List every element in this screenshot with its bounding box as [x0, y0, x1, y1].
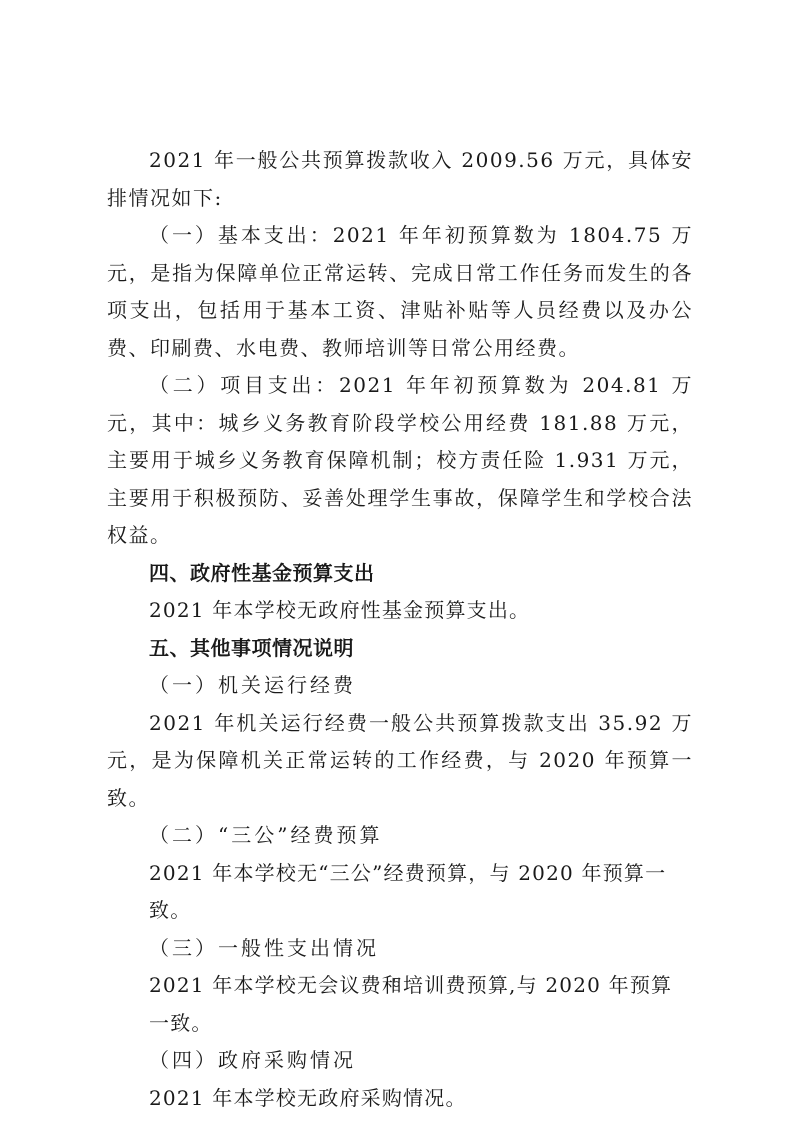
page-number: 5 [0, 975, 793, 990]
subsection-title-general-expense: （三）一般性支出情况 [107, 930, 693, 968]
project-expense-paragraph: （二）项目支出：2021 年年初预算数为 204.81 万元，其中：城乡义务教育… [107, 367, 693, 555]
subsection-title-operating-costs: （一）机关运行经费 [107, 667, 693, 705]
subsection-title-three-public: （二）“三公”经费预算 [107, 817, 693, 855]
subsection-title-procurement: （四）政府采购情况 [107, 1042, 693, 1080]
subsection-text-procurement: 2021 年本学校无政府采购情况。 [107, 1080, 693, 1118]
document-page: 2021 年一般公共预算拨款收入 2009.56 万元，具体安排情况如下: （一… [107, 142, 693, 1117]
intro-paragraph: 2021 年一般公共预算拨款收入 2009.56 万元，具体安排情况如下: [107, 142, 693, 217]
section-4-heading: 四、政府性基金预算支出 [107, 555, 693, 593]
section-4-text: 2021 年本学校无政府性基金预算支出。 [107, 592, 693, 630]
subsection-text-operating-costs: 2021 年机关运行经费一般公共预算拨款支出 35.92 万元，是为保障机关正常… [107, 705, 693, 818]
basic-expense-paragraph: （一）基本支出：2021 年年初预算数为 1804.75 万元，是指为保障单位正… [107, 217, 693, 367]
section-5-heading: 五、其他事项情况说明 [107, 630, 693, 668]
subsection-text-three-public: 2021 年本学校无“三公”经费预算，与 2020 年预算一致。 [107, 855, 693, 930]
